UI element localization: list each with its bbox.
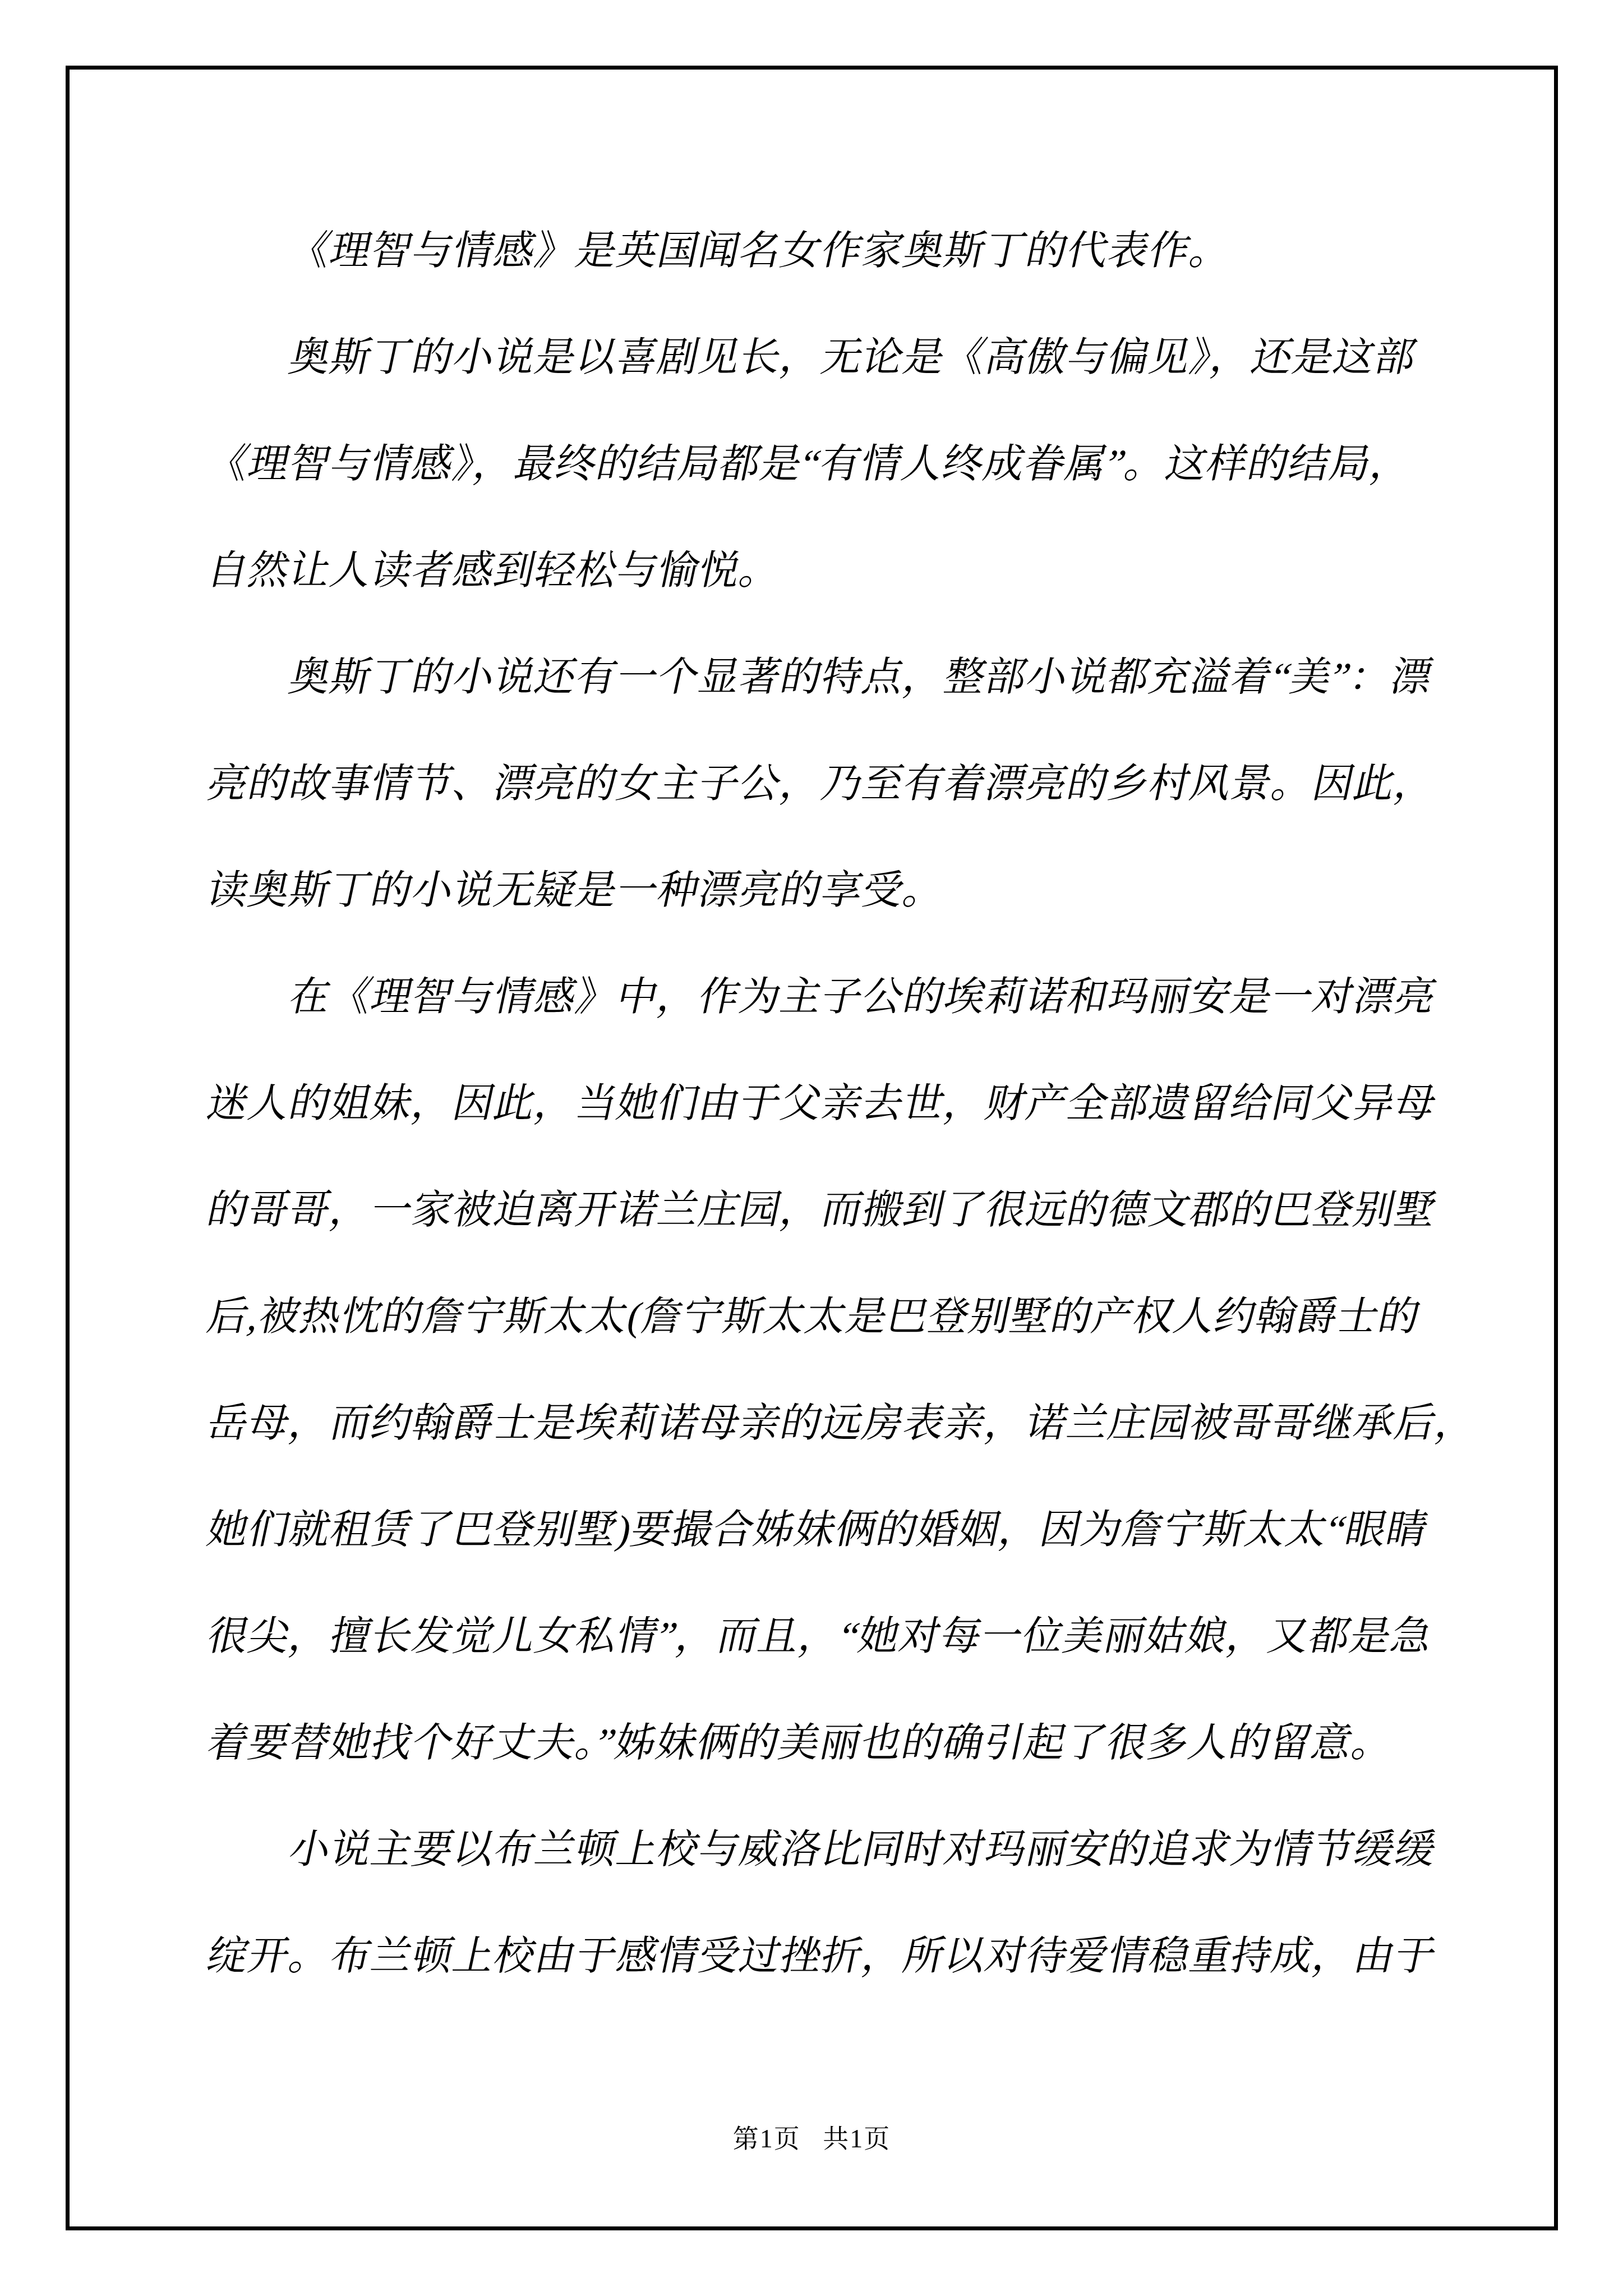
text-line: 岳母，而约翰爵士是埃莉诺母亲的远房表亲，诺兰庄园被哥哥继承后， [197, 1370, 1526, 1476]
text-line: 读奥斯丁的小说无疑是一种漂亮的享受。 [197, 837, 1526, 944]
text-line: 在《理智与情感》中，作为主子公的埃莉诺和玛丽安是一对漂亮 [197, 944, 1526, 1050]
text-line: 小说主要以布兰顿上校与威洛比同时对玛丽安的追求为情节缓缓 [197, 1796, 1526, 1903]
page-footer: 第1页 共1页 [66, 2119, 1558, 2159]
text-line: 《理智与情感》，最终的结局都是“有情人终成眷属”。这样的结局， [197, 411, 1526, 517]
text-line: 绽开。布兰顿上校由于感情受过挫折，所以对待爱情稳重持成，由于 [197, 1903, 1526, 2009]
text-line: 奥斯丁的小说还有一个显著的特点，整部小说都充溢着“美”：漂 [197, 624, 1526, 730]
document-page: 《理智与情感》是英国闻名女作家奥斯丁的代表作。奥斯丁的小说是以喜剧见长，无论是《… [0, 0, 1623, 2296]
text-line: 她们就租赁了巴登别墅)要撮合姊妹俩的婚姻，因为詹宁斯太太“眼睛 [197, 1476, 1526, 1583]
text-line: 很尖，擅长发觉儿女私情”，而且，“她对每一位美丽姑娘，又都是急 [197, 1583, 1526, 1690]
text-line: 后,被热忱的詹宁斯太太(詹宁斯太太是巴登别墅的产权人约翰爵士的 [197, 1263, 1526, 1370]
document-lines: 《理智与情感》是英国闻名女作家奥斯丁的代表作。奥斯丁的小说是以喜剧见长，无论是《… [200, 197, 1507, 2009]
text-line: 《理智与情感》是英国闻名女作家奥斯丁的代表作。 [197, 197, 1526, 304]
text-line: 着要替她找个好丈夫。”姊妹俩的美丽也的确引起了很多人的留意。 [197, 1690, 1526, 1796]
text-line: 迷人的姐妹，因此，当她们由于父亲去世，财产全部遗留给同父异母 [197, 1050, 1526, 1157]
text-line: 亮的故事情节、漂亮的女主子公，乃至有着漂亮的乡村风景。因此， [197, 730, 1526, 837]
text-line: 的哥哥，一家被迫离开诺兰庄园，而搬到了很远的德文郡的巴登别墅 [197, 1157, 1526, 1263]
text-line: 自然让人读者感到轻松与愉悦。 [197, 517, 1526, 624]
text-line: 奥斯丁的小说是以喜剧见长，无论是《高傲与偏见》，还是这部 [197, 304, 1526, 411]
